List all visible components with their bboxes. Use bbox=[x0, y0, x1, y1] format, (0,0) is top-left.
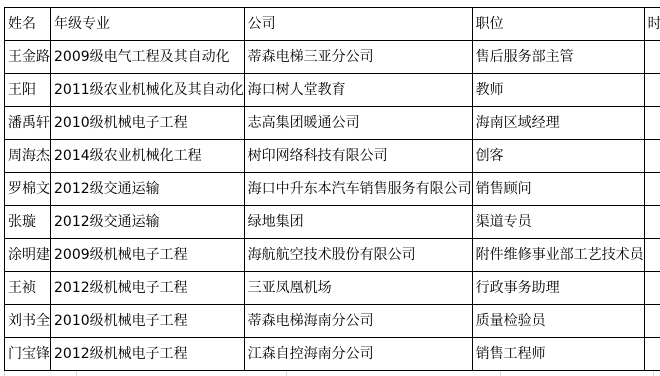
cell-major[interactable]: 2009级电气工程及其自动化 bbox=[51, 41, 245, 74]
cell-major[interactable]: 2010级机械电子工程 bbox=[51, 107, 245, 140]
header-name[interactable]: 姓名 bbox=[5, 8, 51, 41]
cell-position[interactable]: 附件维修事业部工艺技术员 bbox=[472, 239, 644, 272]
cell-company[interactable]: 三亚凤凰机场 bbox=[244, 272, 472, 305]
cell-name[interactable]: 王祯 bbox=[5, 272, 51, 305]
header-extra[interactable]: 时 bbox=[644, 8, 660, 41]
table-row: 张璇 2012级交通运输 绿地集团 渠道专员 bbox=[5, 206, 660, 239]
cell-company[interactable]: 海口树人堂教育 bbox=[244, 74, 472, 107]
cell-position[interactable]: 渠道专员 bbox=[472, 206, 644, 239]
cell-position[interactable]: 教师 bbox=[472, 74, 644, 107]
header-major[interactable]: 年级专业 bbox=[51, 8, 245, 41]
cell-extra[interactable] bbox=[644, 74, 660, 107]
cell-extra[interactable] bbox=[644, 272, 660, 305]
cell-name[interactable]: 潘禹轩 bbox=[5, 107, 51, 140]
cell-extra[interactable] bbox=[644, 338, 660, 371]
gridline bbox=[76, 371, 77, 376]
alumni-table: 姓名 年级专业 公司 职位 时 王金路 2009级电气工程及其自动化 蒂森电梯三… bbox=[4, 7, 660, 371]
cell-extra[interactable] bbox=[644, 107, 660, 140]
table-row: 涂明建 2009级机械电子工程 海航航空技术股份有限公司 附件维修事业部工艺技术… bbox=[5, 239, 660, 272]
cell-major[interactable]: 2012级交通运输 bbox=[51, 173, 245, 206]
table-row: 罗棉文 2012级交通运输 海口中升东本汽车销售服务有限公司 销售顾问 bbox=[5, 173, 660, 206]
cell-name[interactable]: 王阳 bbox=[5, 74, 51, 107]
cell-name[interactable]: 张璇 bbox=[5, 206, 51, 239]
cell-company[interactable]: 绿地集团 bbox=[244, 206, 472, 239]
table-row: 王金路 2009级电气工程及其自动化 蒂森电梯三亚分公司 售后服务部主管 bbox=[5, 41, 660, 74]
table-row: 周海杰 2014级农业机械化工程 树印网络科技有限公司 创客 bbox=[5, 140, 660, 173]
table-row: 刘书全 2010级机械电子工程 蒂森电梯海南分公司 质量检验员 bbox=[5, 305, 660, 338]
cell-position[interactable]: 销售顾问 bbox=[472, 173, 644, 206]
cell-company[interactable]: 蒂森电梯海南分公司 bbox=[244, 305, 472, 338]
cell-position[interactable]: 行政事务助理 bbox=[472, 272, 644, 305]
cell-name[interactable]: 周海杰 bbox=[5, 140, 51, 173]
cell-position[interactable]: 销售工程师 bbox=[472, 338, 644, 371]
cell-name[interactable]: 门宝锋 bbox=[5, 338, 51, 371]
cell-company[interactable]: 志高集团暖通公司 bbox=[244, 107, 472, 140]
cell-company[interactable]: 江森自控海南分公司 bbox=[244, 338, 472, 371]
cell-name[interactable]: 王金路 bbox=[5, 41, 51, 74]
cell-extra[interactable] bbox=[644, 239, 660, 272]
cell-position[interactable]: 质量检验员 bbox=[472, 305, 644, 338]
cell-position[interactable]: 售后服务部主管 bbox=[472, 41, 644, 74]
cell-extra[interactable] bbox=[644, 305, 660, 338]
cell-extra[interactable] bbox=[644, 41, 660, 74]
gridline bbox=[653, 371, 654, 376]
cell-name[interactable]: 刘书全 bbox=[5, 305, 51, 338]
table-row: 潘禹轩 2010级机械电子工程 志高集团暖通公司 海南区域经理 bbox=[5, 107, 660, 140]
cell-company[interactable]: 海航航空技术股份有限公司 bbox=[244, 239, 472, 272]
cell-name[interactable]: 涂明建 bbox=[5, 239, 51, 272]
cell-major[interactable]: 2011级农业机械化及其自动化 bbox=[51, 74, 245, 107]
header-position[interactable]: 职位 bbox=[472, 8, 644, 41]
header-company[interactable]: 公司 bbox=[244, 8, 472, 41]
cell-major[interactable]: 2010级机械电子工程 bbox=[51, 305, 245, 338]
table-row: 门宝锋 2012级机械电子工程 江森自控海南分公司 销售工程师 bbox=[5, 338, 660, 371]
gridline bbox=[4, 371, 5, 376]
cell-extra[interactable] bbox=[644, 206, 660, 239]
cell-position[interactable]: 海南区域经理 bbox=[472, 107, 644, 140]
header-row: 姓名 年级专业 公司 职位 时 bbox=[5, 8, 660, 41]
cell-major[interactable]: 2012级交通运输 bbox=[51, 206, 245, 239]
gridline bbox=[286, 371, 287, 376]
cell-position[interactable]: 创客 bbox=[472, 140, 644, 173]
cell-name[interactable]: 罗棉文 bbox=[5, 173, 51, 206]
cell-company[interactable]: 树印网络科技有限公司 bbox=[244, 140, 472, 173]
table-row: 王祯 2012级机械电子工程 三亚凤凰机场 行政事务助理 bbox=[5, 272, 660, 305]
cell-company[interactable]: 蒂森电梯三亚分公司 bbox=[244, 41, 472, 74]
cell-extra[interactable] bbox=[644, 173, 660, 206]
cell-extra[interactable] bbox=[644, 140, 660, 173]
cell-major[interactable]: 2012级机械电子工程 bbox=[51, 272, 245, 305]
gridline bbox=[500, 371, 501, 376]
cell-major[interactable]: 2009级机械电子工程 bbox=[51, 239, 245, 272]
cell-major[interactable]: 2014级农业机械化工程 bbox=[51, 140, 245, 173]
cell-major[interactable]: 2012级机械电子工程 bbox=[51, 338, 245, 371]
table-row: 王阳 2011级农业机械化及其自动化 海口树人堂教育 教师 bbox=[5, 74, 660, 107]
cell-company[interactable]: 海口中升东本汽车销售服务有限公司 bbox=[244, 173, 472, 206]
